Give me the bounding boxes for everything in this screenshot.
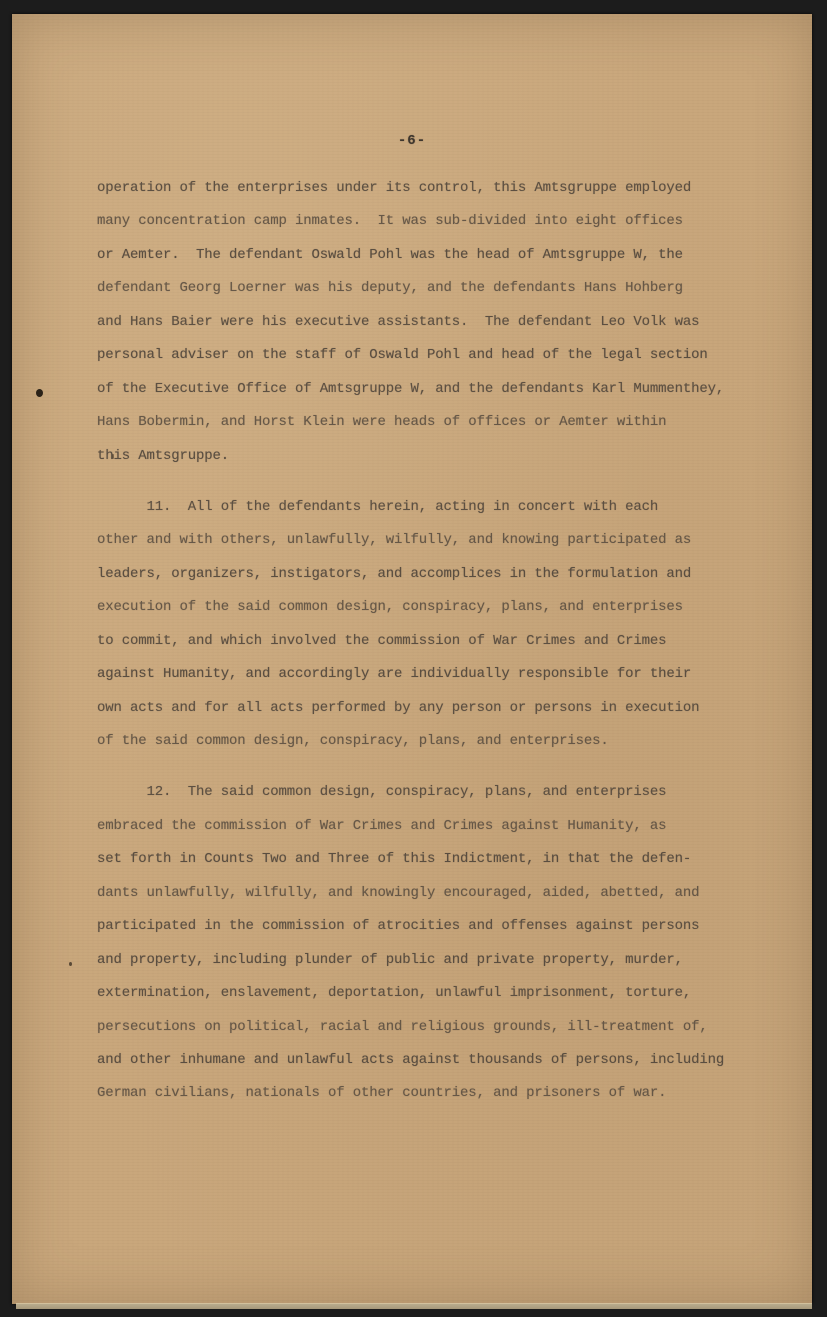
text-line: and property, including plunder of publi…: [97, 944, 724, 977]
text-line: or Aemter. The defendant Oswald Pohl was…: [97, 239, 724, 272]
text-line: and other inhumane and unlawful acts aga…: [97, 1044, 724, 1077]
paper-bottom-edge: [16, 1303, 812, 1309]
paragraph-12: 12. The said common design, conspiracy, …: [97, 776, 724, 1110]
text-line: of the Executive Office of Amtsgruppe W,…: [97, 373, 724, 406]
text-line: embraced the commission of War Crimes an…: [97, 810, 724, 843]
text-line: 12. The said common design, conspiracy, …: [97, 776, 724, 809]
text-line: German civilians, nationals of other cou…: [97, 1077, 724, 1110]
paragraph-continuation: operation of the enterprises under its c…: [97, 172, 724, 473]
text-line: this Amtsgruppe.: [97, 440, 724, 473]
text-line: to commit, and which involved the commis…: [97, 625, 724, 658]
text-line: of the said common design, conspiracy, p…: [97, 725, 724, 758]
text-line: personal adviser on the staff of Oswald …: [97, 339, 724, 372]
text-line: own acts and for all acts performed by a…: [97, 692, 724, 725]
page-number: -6-: [12, 133, 812, 149]
document-page: -6- operation of the enterprises under i…: [12, 14, 812, 1304]
paragraph-11: 11. All of the defendants herein, acting…: [97, 491, 724, 759]
text-line: extermination, enslavement, deportation,…: [97, 977, 724, 1010]
text-line: leaders, organizers, instigators, and ac…: [97, 558, 724, 591]
text-line: defendant Georg Loerner was his deputy, …: [97, 272, 724, 305]
text-line: and Hans Baier were his executive assist…: [97, 306, 724, 339]
text-line: 11. All of the defendants herein, acting…: [97, 491, 724, 524]
text-line: set forth in Counts Two and Three of thi…: [97, 843, 724, 876]
ink-speck: [69, 962, 72, 966]
text-line: many concentration camp inmates. It was …: [97, 205, 724, 238]
document-body: operation of the enterprises under its c…: [97, 172, 724, 1111]
scan-background: -6- operation of the enterprises under i…: [0, 0, 827, 1317]
ink-speck: [36, 389, 43, 397]
text-line: Hans Bobermin, and Horst Klein were head…: [97, 406, 724, 439]
ink-speck: [112, 454, 114, 459]
text-line: other and with others, unlawfully, wilfu…: [97, 524, 724, 557]
text-line: persecutions on political, racial and re…: [97, 1011, 724, 1044]
text-line: operation of the enterprises under its c…: [97, 172, 724, 205]
text-line: dants unlawfully, wilfully, and knowingl…: [97, 877, 724, 910]
text-line: execution of the said common design, con…: [97, 591, 724, 624]
text-line: participated in the commission of atroci…: [97, 910, 724, 943]
text-line: against Humanity, and accordingly are in…: [97, 658, 724, 691]
